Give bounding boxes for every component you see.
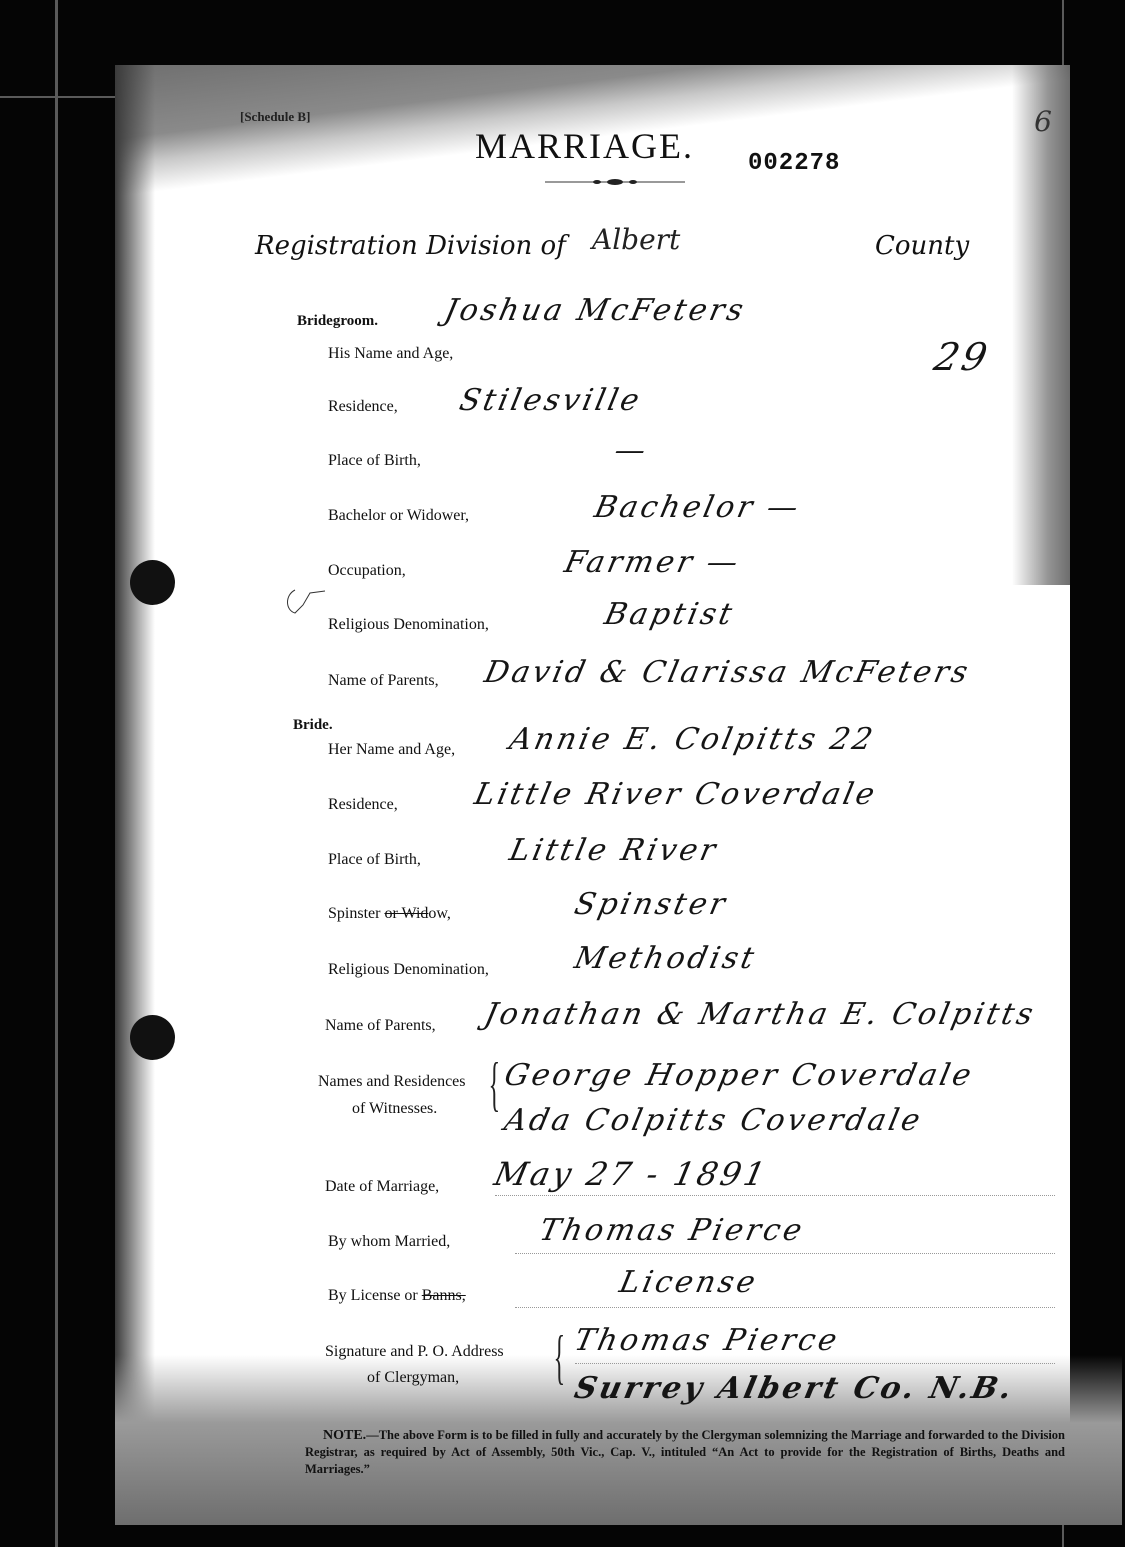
license-value: License bbox=[616, 1265, 761, 1300]
form-instructions-note: NOTE.—The above Form is to be filled in … bbox=[305, 1427, 1065, 1478]
married-by-label: By whom Married, bbox=[328, 1233, 450, 1251]
bride-parents-label: Name of Parents, bbox=[325, 1017, 436, 1035]
bride-birthplace-value: Little River bbox=[506, 833, 721, 868]
groom-parents-value: David & Clarissa McFeters bbox=[481, 655, 973, 690]
bride-status-label-struck: or Wid bbox=[384, 905, 428, 922]
bride-name-age-label: Her Name and Age, bbox=[328, 741, 455, 759]
film-frame-line bbox=[0, 96, 115, 98]
fill-line bbox=[515, 1307, 1055, 1308]
bride-residence-value: Little River Coverdale bbox=[471, 777, 880, 812]
groom-status-value: Bachelor — bbox=[591, 490, 804, 525]
fill-line bbox=[515, 1253, 1055, 1254]
groom-religion-label: Religious Denomination, bbox=[328, 616, 489, 634]
registration-division-line: Registration Division of Albert County bbox=[255, 223, 955, 273]
corner-mark: 6 bbox=[1034, 105, 1052, 138]
registration-division-value: Albert bbox=[592, 223, 680, 256]
license-label-struck: Banns, bbox=[422, 1287, 466, 1304]
bride-name-age-value: Annie E. Colpitts 22 bbox=[506, 722, 878, 757]
groom-religion-value: Baptist bbox=[601, 597, 738, 632]
punch-hole-icon bbox=[130, 560, 175, 605]
witnesses-brace-icon: { bbox=[489, 1050, 501, 1119]
witnesses-label-line1: Names and Residences bbox=[318, 1073, 466, 1091]
bride-status-label: Spinster or Widow, bbox=[328, 905, 451, 923]
license-label: By License or Banns, bbox=[328, 1287, 466, 1305]
scan-edge-right bbox=[1070, 65, 1122, 1525]
witness-1-value: George Hopper Coverdale bbox=[501, 1058, 977, 1093]
bride-status-label-tail: ow, bbox=[428, 905, 451, 922]
bride-status-label-main: Spinster bbox=[328, 905, 384, 922]
married-by-value: Thomas Pierce bbox=[536, 1213, 808, 1248]
note-lead: NOTE. bbox=[323, 1428, 366, 1443]
clergyman-signature-value: Thomas Pierce bbox=[571, 1323, 843, 1358]
fill-line bbox=[495, 1195, 1055, 1196]
county-label: County bbox=[875, 231, 969, 261]
groom-parents-label: Name of Parents, bbox=[328, 672, 439, 690]
groom-occupation-label: Occupation, bbox=[328, 562, 406, 580]
groom-birthplace-label: Place of Birth, bbox=[328, 452, 421, 470]
bride-section-label: Bride. bbox=[293, 717, 333, 734]
bride-religion-label: Religious Denomination, bbox=[328, 961, 489, 979]
bride-parents-value: Jonathan & Martha E. Colpitts bbox=[481, 997, 1039, 1032]
clergyman-address-value: Surrey Albert Co. N.B. bbox=[571, 1371, 1017, 1406]
scan-shadow-right bbox=[1012, 65, 1072, 585]
title-ornament-icon bbox=[545, 178, 685, 186]
clergyman-brace-icon: { bbox=[554, 1323, 566, 1392]
marriage-date-value: May 27 - 1891 bbox=[491, 1155, 771, 1193]
fill-line bbox=[575, 1363, 1055, 1364]
bride-residence-label: Residence, bbox=[328, 796, 398, 814]
groom-occupation-value: Farmer — bbox=[561, 545, 744, 580]
groom-name-age-label: His Name and Age, bbox=[328, 345, 453, 363]
groom-age-value: 29 bbox=[930, 335, 994, 379]
schedule-label: [Schedule B] bbox=[240, 109, 310, 125]
bridegroom-section-label: Bridegroom. bbox=[297, 313, 378, 330]
groom-residence-label: Residence, bbox=[328, 398, 398, 416]
page-title: MARRIAGE. bbox=[475, 125, 694, 167]
license-label-main: By License or bbox=[328, 1287, 422, 1304]
scan-shadow-left bbox=[115, 65, 155, 1525]
witnesses-label-line2: of Witnesses. bbox=[352, 1100, 437, 1118]
marriage-record-page: [Schedule B] MARRIAGE. 002278 6 Registra… bbox=[115, 65, 1122, 1525]
registration-number: 002278 bbox=[748, 150, 840, 177]
witness-2-value: Ada Colpitts Coverdale bbox=[501, 1103, 926, 1138]
clergyman-label-line1: Signature and P. O. Address bbox=[325, 1343, 504, 1361]
bride-status-value: Spinster bbox=[571, 887, 731, 922]
groom-residence-value: Stilesville bbox=[456, 383, 645, 418]
punch-hole-icon bbox=[130, 1015, 175, 1060]
clergyman-label-line2: of Clergyman, bbox=[367, 1369, 459, 1387]
marriage-date-label: Date of Marriage, bbox=[325, 1178, 439, 1196]
groom-status-label: Bachelor or Widower, bbox=[328, 507, 469, 525]
registration-division-label: Registration Division of bbox=[255, 231, 566, 261]
film-frame-line bbox=[55, 0, 58, 1547]
bride-religion-value: Methodist bbox=[571, 941, 760, 976]
bride-birthplace-label: Place of Birth, bbox=[328, 851, 421, 869]
groom-birthplace-value: — bbox=[611, 433, 651, 468]
groom-name-value: Joshua McFeters bbox=[441, 293, 749, 328]
note-text: —The above Form is to be filled in fully… bbox=[305, 1428, 1065, 1476]
